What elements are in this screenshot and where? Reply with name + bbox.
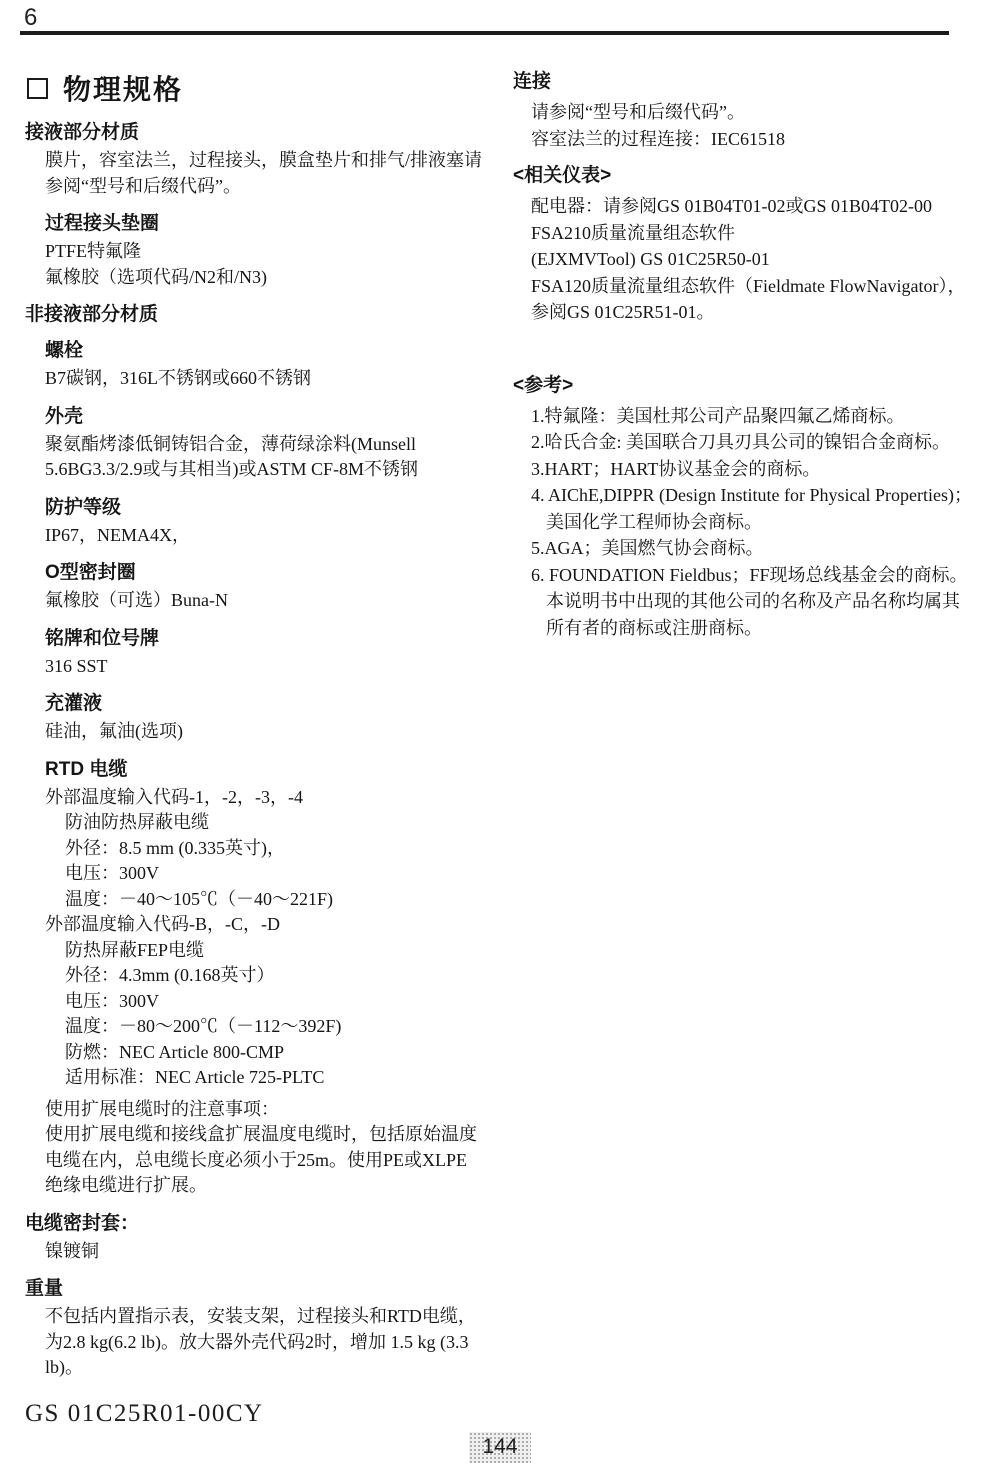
reference-item: 5.AGA；美国燃气协会商标。 [531, 535, 985, 562]
spec-line: 温度：－80～200℃（－112～392F) [65, 1014, 487, 1040]
heading-nameplate-tag: 铭牌和位号牌 [45, 627, 487, 650]
reference-item: 1.特氟隆：美国杜邦公司产品聚四氟乙烯商标。 [531, 403, 985, 430]
heading-non-wetted-parts: 非接液部分材质 [25, 303, 487, 326]
spec-line: 氟橡胶（选项代码/N2和/N3) [45, 265, 487, 291]
spec-line: 温度：－40～105℃（－40～221F) [65, 887, 487, 913]
spec-line: 硅油，氟油(选项) [45, 719, 487, 745]
heading-rtd-cable: RTD 电缆 [45, 758, 487, 781]
heading-connection: 连接 [513, 70, 985, 93]
heading-weight: 重量 [25, 1277, 487, 1300]
spec-line: 氟橡胶（可选）Buna-N [45, 588, 487, 614]
page-title-text: 物理规格 [63, 68, 183, 108]
spec-line: 防热屏蔽FEP电缆 [65, 938, 487, 964]
heading-cable-gland: 电缆密封套： [25, 1212, 487, 1235]
page-number-badge: 144 [469, 1432, 530, 1463]
page-number: 6 [24, 4, 37, 32]
right-column: 连接 请参阅“型号和后缀代码”。 容室法兰的过程连接：IEC61518 <相关仪… [507, 60, 985, 1381]
heading-process-connector-gasket: 过程接头垫圈 [45, 212, 487, 235]
housing-body: 聚氨酯烤漆低铜铸铝合金，薄荷绿涂料(Munsell 5.6BG3.3/2.9或与… [45, 432, 483, 483]
spec-line: 防燃：NEC Article 800-CMP [65, 1040, 487, 1066]
heading-fill-fluid: 充灌液 [45, 692, 487, 715]
doc-number: GS 01C25R01-00CY [25, 1400, 264, 1428]
spec-line: 电压：300V [65, 861, 487, 887]
reference-item-continuation: 所有者的商标或注册商标。 [546, 615, 985, 642]
spec-line: 316 SST [45, 654, 487, 680]
spec-line: 防油防热屏蔽电缆 [65, 810, 487, 836]
reference-item-continuation: 本说明书中出现的其他公司的名称及产品名称均属其 [546, 588, 985, 615]
footer: 144 [0, 1432, 1000, 1463]
heading-wetted-parts: 接液部分材质 [25, 121, 487, 144]
page-title: 物理规格 [27, 68, 487, 108]
header-rule [20, 31, 949, 35]
spec-line: 外径：8.5 mm (0.335英寸)， [65, 836, 487, 862]
extension-cable-note-title: 使用扩展电缆时的注意事项： [45, 1097, 487, 1123]
spec-line: 电压：300V [65, 989, 487, 1015]
reference-item-continuation: 美国化学工程师协会商标。 [546, 509, 985, 536]
left-column: 物理规格 接液部分材质 膜片，容室法兰，过程接头，膜盒垫片和排气/排液塞请参阅“… [25, 60, 487, 1381]
spec-line: 适用标准：NEC Article 725-PLTC [65, 1065, 487, 1091]
spec-line: 请参阅“型号和后缀代码”。 [531, 99, 985, 126]
spec-line: IP67，NEMA4X， [45, 523, 487, 549]
reference-item: 3.HART；HART协议基金会的商标。 [531, 456, 985, 483]
rtd-group2-title: 外部温度输入代码-B，-C，-D [45, 912, 487, 938]
heading-related-instruments: <相关仪表> [513, 164, 985, 187]
spec-line: 镍镀铜 [45, 1239, 487, 1265]
heading-o-ring: O型密封圈 [45, 561, 487, 584]
spec-line: 容室法兰的过程连接：IEC61518 [531, 126, 985, 153]
spec-line: 配电器：请参阅GS 01B04T01-02或GS 01B04T02-00 [531, 193, 985, 220]
wetted-parts-body: 膜片，容室法兰，过程接头，膜盒垫片和排气/排液塞请参阅“型号和后缀代码”。 [45, 148, 483, 199]
spec-line: 外径：4.3mm (0.168英寸） [65, 963, 487, 989]
content-columns: 物理规格 接液部分材质 膜片，容室法兰，过程接头，膜盒垫片和排气/排液塞请参阅“… [25, 60, 985, 1381]
extension-cable-note-body: 使用扩展电缆和接线盒扩展温度电缆时，包括原始温度电缆在内，总电缆长度必须小于25… [45, 1122, 483, 1199]
spec-line: (EJXMVTool) GS 01C25R50-01 [531, 246, 985, 273]
spec-line: FSA120质量流量组态软件（Fieldmate FlowNavigator）， [531, 273, 985, 300]
reference-item: 4. AIChE,DIPPR (Design Institute for Phy… [531, 482, 985, 509]
rtd-group1-title: 外部温度输入代码-1，-2，-3，-4 [45, 785, 487, 811]
spec-line: B7碳钢，316L不锈钢或660不锈钢 [45, 366, 487, 392]
spec-line: FSA210质量流量组态软件 [531, 220, 985, 247]
spec-line: 参阅GS 01C25R51-01。 [531, 299, 985, 326]
heading-degrees-of-protection: 防护等级 [45, 496, 487, 519]
reference-item: 2.哈氏合金: 美国联合刀具刃具公司的镍铝合金商标。 [531, 429, 985, 456]
reference-item: 6. FOUNDATION Fieldbus；FF现场总线基金会的商标。 [531, 562, 985, 589]
checkbox-icon [27, 78, 48, 99]
spec-line: PTFE特氟隆 [45, 239, 487, 265]
heading-references: <参考> [513, 374, 985, 397]
heading-housing: 外壳 [45, 405, 487, 428]
column-spacer [507, 326, 985, 362]
weight-body: 不包括内置指示表，安装支架，过程接头和RTD电缆，为2.8 kg(6.2 lb)… [45, 1304, 483, 1381]
document-page: 6 物理规格 接液部分材质 膜片，容室法兰，过程接头，膜盒垫片和排气/排液塞请参… [0, 0, 1000, 1473]
heading-bolts: 螺栓 [45, 339, 487, 362]
